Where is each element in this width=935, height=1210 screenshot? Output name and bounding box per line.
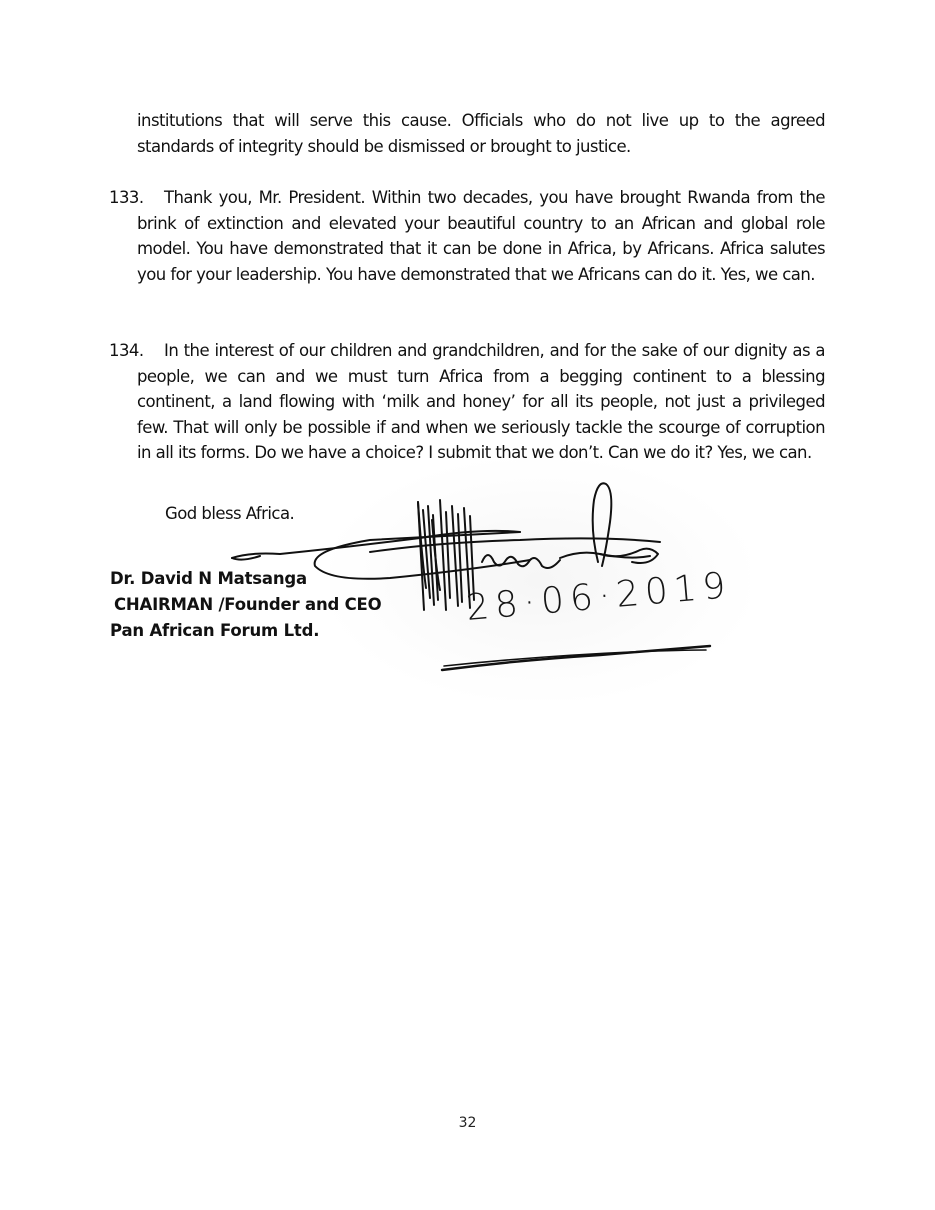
paragraph-133: 133.Thank you, Mr. President. Within two… [137,185,825,287]
paragraph-134: 134.In the interest of our children and … [137,338,825,466]
page-number: 32 [0,1115,935,1131]
closing-blessing: God bless Africa. [165,504,294,523]
paragraph-number: 133. [109,185,144,211]
paragraph-number: 134. [109,338,144,364]
paragraph-text: institutions that will serve this cause.… [137,111,825,156]
signatory-name: Dr. David N Matsanga [110,566,307,592]
paragraph-text: In the interest of our children and gran… [137,341,825,462]
signatory-organization: Pan African Forum Ltd. [110,618,319,644]
signatory-title: CHAIRMAN /Founder and CEO [114,592,381,618]
paragraph-text: Thank you, Mr. President. Within two dec… [137,188,825,284]
paragraph-continued: institutions that will serve this cause.… [137,108,825,159]
